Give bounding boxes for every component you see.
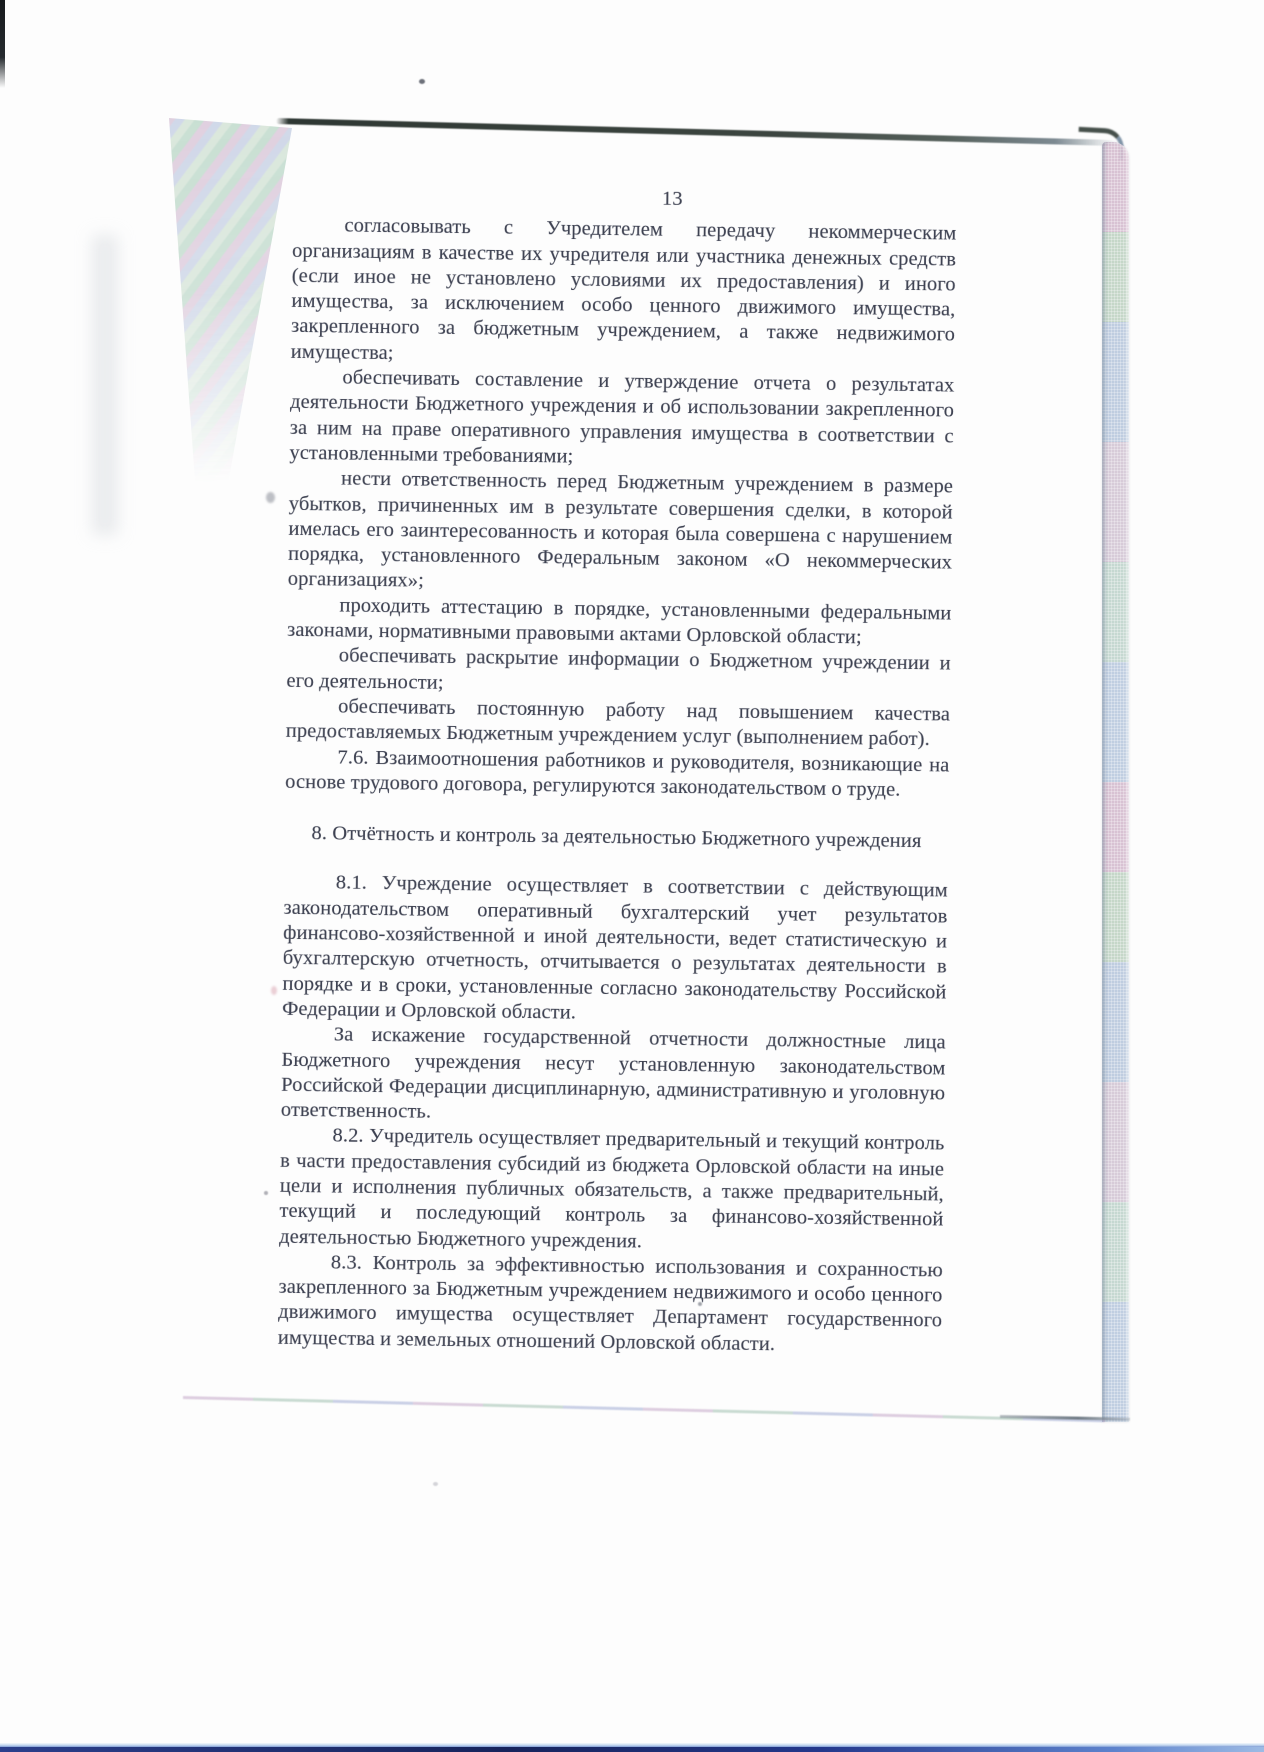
scan-speck [419, 79, 425, 84]
scan-smudge [92, 235, 118, 535]
scanner-edge-artifact-left [0, 0, 5, 88]
clause-paragraph-5: обеспечивать раскрытие информации о Бюдж… [286, 643, 951, 702]
page-bottom-edge-shadow [183, 1396, 1105, 1422]
clause-paragraph-2: обеспечивать составление и утверждение о… [289, 365, 954, 475]
section-8-paragraph-liability: За искажение государственной отчетности … [281, 1022, 946, 1132]
clause-paragraph-6: обеспечивать постоянную работу над повыш… [286, 694, 951, 753]
document-text: 13 согласовывать с Учредителем передачу … [278, 182, 957, 1360]
scan-speck [271, 986, 277, 995]
clause-paragraph-1: согласовывать с Учредителем передачу нек… [291, 213, 957, 373]
scanner-bottom-strip [0, 1743, 1264, 1752]
page-right-edge-band [1102, 142, 1129, 1422]
scanned-page-canvas: 13 согласовывать с Учредителем передачу … [0, 0, 1264, 1752]
section-8-heading: 8. Отчётность и контроль за деятельность… [284, 821, 948, 855]
scan-speck [433, 1482, 438, 1486]
clause-paragraph-3: нести ответственность перед Бюджетным уч… [288, 466, 954, 601]
scan-speck [266, 492, 275, 503]
page-top-edge-shadow [276, 118, 1114, 146]
section-8-paragraph-8-2: 8.2. Учредитель осуществляет предварител… [279, 1123, 945, 1258]
page-number: 13 [293, 182, 957, 216]
section-8-paragraph-8-1: 8.1. Учреждение осуществляет в соответст… [282, 870, 948, 1030]
scan-corner-fold-artifact [162, 110, 300, 495]
clause-paragraph-4: проходить аттестацию в порядке, установл… [287, 593, 952, 652]
section-8-paragraph-8-3: 8.3. Контроль за эффективностью использо… [278, 1250, 943, 1360]
clause-paragraph-7-6: 7.6. Взаимоотношения работников и руково… [285, 744, 950, 803]
scan-speck [264, 1191, 268, 1195]
